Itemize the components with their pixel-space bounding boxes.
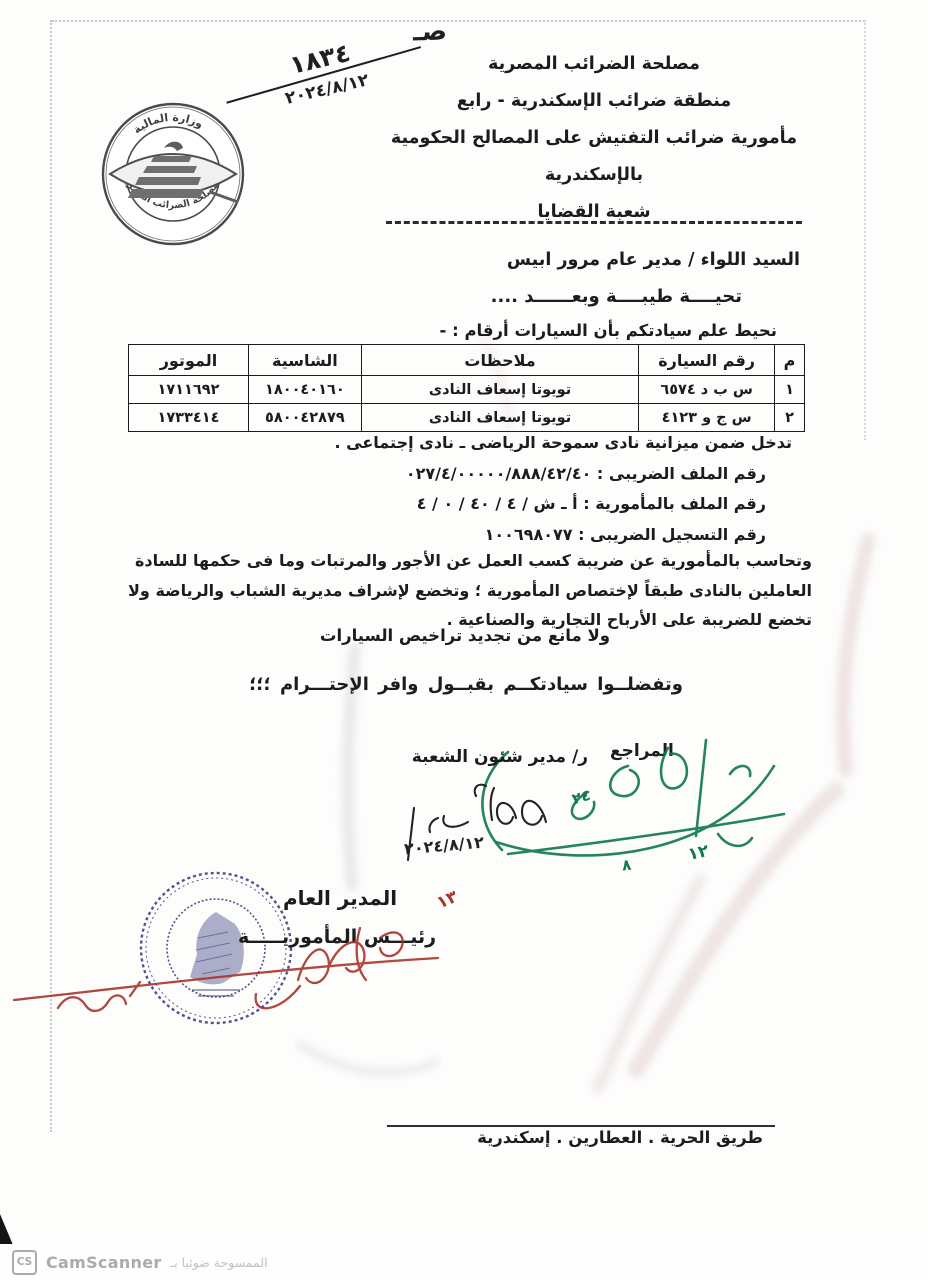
cell-motor: ١٧١١٦٩٢ <box>129 376 249 404</box>
file-details: تدخل ضمن ميزانية نادى سموحة الرياضى ـ نا… <box>335 428 792 550</box>
division-manager-title: ر/ مدير شئون الشعبة <box>368 747 588 767</box>
lead-line: نحيط علم سيادتكم بأن السيارات أرقام : - <box>440 321 777 340</box>
cell-chassis: ١٨٠٠٤٠١٦٠ <box>248 376 361 404</box>
budget-line: تدخل ضمن ميزانية نادى سموحة الرياضى ـ نا… <box>335 428 792 459</box>
letterhead-line-2: منطقة ضرائب الإسكندرية - رابع <box>358 83 830 120</box>
reviewer-signature <box>468 714 808 879</box>
letterhead: مصلحة الضرائب المصرية منطقة ضرائب الإسكن… <box>358 46 830 231</box>
page-perforation-top <box>52 20 865 22</box>
stamp-eagle-emblem <box>190 912 244 984</box>
header-dashed-separator <box>386 221 802 224</box>
reviewer-date-month: ٨ <box>621 856 632 875</box>
seal-top-text: وزارة المالية <box>131 111 206 136</box>
office-head-title: رئيـــس المأموريـــــة <box>238 926 436 948</box>
reference-prefix: صـ <box>412 16 447 47</box>
vehicles-table: م رقم السيارة ملاحظات الشاسية الموتور ١ … <box>128 344 805 432</box>
svg-text:مصلحة الضرائب المصرية: مصلحة الضرائب المصرية <box>120 173 221 211</box>
body-paragraph: وتحاسب بالمأمورية عن ضريبة كسب العمل عن … <box>118 546 812 635</box>
cell-plate: س ب د ٦٥٧٤ <box>639 376 775 404</box>
footer-address: طريق الحرية . العطارين . إسكندرية <box>440 1128 800 1147</box>
table-row: ١ س ب د ٦٥٧٤ تويوتا إسعاف النادى ١٨٠٠٤٠١… <box>129 376 805 404</box>
general-manager-title: المدير العام <box>283 886 397 910</box>
col-plate: رقم السيارة <box>639 345 775 376</box>
page-perforation-right <box>864 20 866 440</box>
col-chassis: الشاسية <box>248 345 361 376</box>
cell-motor: ١٧٣٣٤١٤ <box>129 404 249 432</box>
letterhead-line-1: مصلحة الضرائب المصرية <box>358 46 830 83</box>
camscanner-logo-icon: CS <box>12 1250 37 1275</box>
cell-serial: ١ <box>775 376 805 404</box>
reviewer-date-year: ٢٤ <box>570 786 593 808</box>
tax-authority-seal-icon: وزارة المالية مصلحة الضرائب المصرية <box>94 100 252 248</box>
office-file-number-line: رقم الملف بالمأمورية : أ ـ ش / ٤ / ٤٠ / … <box>335 489 792 520</box>
letterhead-line-5: شعبة القضايا <box>358 194 830 231</box>
footer-separator <box>387 1125 775 1127</box>
reviewer-title: المراجع <box>610 741 674 761</box>
col-serial: م <box>775 345 805 376</box>
camscanner-brand: CamScanner <box>46 1253 162 1272</box>
seal-bottom-text: مصلحة الضرائب المصرية <box>120 173 221 211</box>
official-round-stamp-icon <box>136 868 296 1028</box>
svg-text:وزارة المالية: وزارة المالية <box>131 111 206 136</box>
office-head-signature <box>0 868 480 1053</box>
col-motor: الموتور <box>129 345 249 376</box>
scanned-letter-page: ١٨٣٤ صـ ٢٠٢٤/٨/١٢ وزارة المالية مصلحة ال… <box>0 0 928 1280</box>
reviewer-date-day: ١٢ <box>686 841 710 865</box>
table-header-row: م رقم السيارة ملاحظات الشاسية الموتور <box>129 345 805 376</box>
page-perforation-left <box>50 20 52 1132</box>
camscanner-caption: الممسوحة ضوئيا بـ <box>171 1255 268 1270</box>
no-objection-line: ولا مانع من تجديد تراخيص السيارات <box>320 626 610 645</box>
cell-notes: تويوتا إسعاف النادى <box>361 376 638 404</box>
greeting-line: تحيــــة طيبــــة وبعــــــد .... <box>491 286 742 307</box>
division-manager-date: ٢٠٢٤/٨/١٢ <box>403 833 484 859</box>
camscanner-watermark-bar: CS CamScanner الممسوحة ضوئيا بـ <box>0 1244 928 1280</box>
tax-file-number-line: رقم الملف الضريبى : ٠٢٧/٤/٠٠٠٠٠/٨٨٨/٤٢/٤… <box>335 459 792 490</box>
seal-eye-shape <box>110 154 236 194</box>
red-handwritten-day: ١٣ <box>434 887 461 914</box>
letterhead-line-4: بالإسكندرية <box>358 157 830 194</box>
col-notes: ملاحظات <box>361 345 638 376</box>
closing-line: وتفضلــوا سيادتكــم بقبــول وافر الإحتــ… <box>249 674 683 695</box>
letterhead-line-3: مأمورية ضرائب التفتيش على المصالح الحكوم… <box>358 120 830 157</box>
addressee-line: السيد اللواء / مدير عام مرور ابيس <box>507 250 800 270</box>
